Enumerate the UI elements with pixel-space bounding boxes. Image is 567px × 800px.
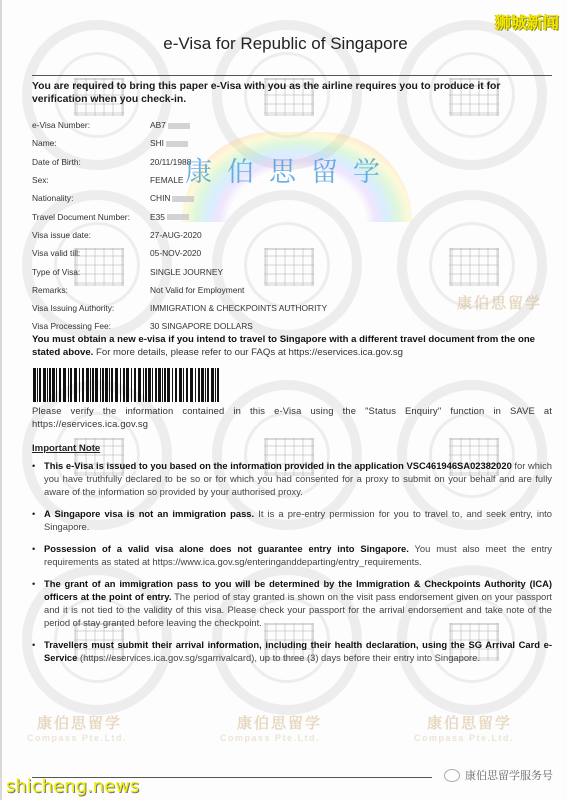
wechat-account-name: 康伯思留学服务号 (465, 767, 553, 783)
field-label: Visa valid till: (32, 248, 150, 258)
field-label: Date of Birth: (32, 157, 150, 167)
field-value-text: FEMALE (150, 175, 184, 185)
field-value: AB7 (150, 120, 372, 130)
source-tag-bottom: shicheng.news (6, 776, 139, 797)
field-label: Sex: (32, 175, 150, 185)
notice-text: For more details, please refer to our FA… (93, 347, 403, 358)
watermark-en: Compass Pte.Ltd. (27, 733, 127, 743)
watermark-cn: 康伯思留学 (237, 712, 322, 733)
important-note-title: Important Note (32, 443, 100, 454)
seal-watermark (397, 190, 547, 340)
field-label: Type of Visa: (32, 267, 150, 277)
field-label: Visa Issuing Authority: (32, 303, 150, 313)
document-title: e-Visa for Republic of Singapore (2, 34, 567, 54)
field-label: Remarks: (32, 285, 150, 295)
verify-text: Please verify the information contained … (32, 404, 552, 430)
evisa-document: 康伯思留学 康伯思留学 康伯思留学 康伯思留学 Compass Pte.Ltd.… (0, 0, 567, 800)
rainbow-watermark-text: 康伯思留学 (185, 150, 395, 189)
field-row: Travel Document Number:E35 (32, 207, 372, 225)
watermark-cn: 康伯思留学 (427, 712, 512, 733)
field-value-text: 30 SINGAPORE DOLLARS (150, 321, 253, 331)
important-notes: This e-Visa is issued to you based on th… (32, 459, 552, 673)
redaction-blur (172, 196, 194, 202)
visa-fields: e-Visa Number:AB7Name:SHIDate of Birth:2… (32, 116, 372, 336)
field-value-text: IMMIGRATION & CHECKPOINTS AUTHORITY (150, 303, 327, 313)
wechat-account: 康伯思留学服务号 (444, 767, 553, 783)
note-bold: This e-Visa is issued to you based on th… (44, 460, 512, 471)
field-value: 30 SINGAPORE DOLLARS (150, 321, 372, 331)
field-value: 05-NOV-2020 (150, 248, 372, 258)
note-text: (https://eservices.ica.gov.sg/sgarrivalc… (77, 652, 480, 663)
barcode (33, 368, 220, 402)
note-bold: Possession of a valid visa alone does no… (44, 543, 409, 554)
new-evisa-notice: You must obtain a new e-visa if you inte… (32, 333, 552, 359)
field-label: Nationality: (32, 193, 150, 203)
source-tag-top: 狮城新闻 (495, 10, 559, 33)
field-value: SINGLE JOURNEY (150, 267, 372, 277)
field-label: Visa Processing Fee: (32, 321, 150, 331)
field-value: Not Valid for Employment (150, 285, 372, 295)
watermark-cn: 康伯思留学 (37, 712, 122, 733)
field-row: Nationality:CHIN (32, 189, 372, 207)
field-row: Type of Visa:SINGLE JOURNEY (32, 262, 372, 280)
watermark-en: Compass Pte.Ltd. (220, 733, 320, 743)
field-value-text: SINGLE JOURNEY (150, 267, 223, 277)
field-row: Visa Issuing Authority:IMMIGRATION & CHE… (32, 299, 372, 317)
watermark-en: Compass Pte.Ltd. (414, 733, 514, 743)
important-note-item: Travellers must submit their arrival inf… (32, 638, 552, 664)
field-row: Visa valid till:05-NOV-2020 (32, 244, 372, 262)
field-row: Remarks:Not Valid for Employment (32, 281, 372, 299)
field-value-text: E35 (150, 212, 165, 222)
important-note-item: The grant of an immigration pass to you … (32, 577, 552, 629)
field-value: SHI (150, 138, 372, 148)
field-value-text: Not Valid for Employment (150, 285, 244, 295)
wechat-icon (444, 769, 460, 782)
field-row: Visa issue date:27-AUG-2020 (32, 226, 372, 244)
redaction-blur (166, 141, 188, 147)
field-value-text: AB7 (150, 120, 166, 130)
field-label: e-Visa Number: (32, 120, 150, 130)
field-value-text: SHI (150, 138, 164, 148)
field-value-text: 05-NOV-2020 (150, 248, 201, 258)
field-value-text: CHIN (150, 193, 170, 203)
intro-text: You are required to bring this paper e-V… (32, 80, 552, 106)
watermark-cn: 康伯思留学 (457, 292, 542, 313)
divider (32, 75, 552, 76)
field-value: 27-AUG-2020 (150, 230, 372, 240)
field-value: E35 (150, 212, 372, 222)
redaction-blur (168, 123, 190, 129)
field-value: CHIN (150, 193, 372, 203)
field-value-text: 27-AUG-2020 (150, 230, 202, 240)
field-row: e-Visa Number:AB7 (32, 116, 372, 134)
important-note-item: Possession of a valid visa alone does no… (32, 542, 552, 568)
important-note-item: This e-Visa is issued to you based on th… (32, 459, 552, 498)
field-label: Name: (32, 138, 150, 148)
field-value: IMMIGRATION & CHECKPOINTS AUTHORITY (150, 303, 372, 313)
field-label: Travel Document Number: (32, 212, 150, 222)
note-bold: A Singapore visa is not an immigration p… (44, 508, 254, 519)
redaction-blur (167, 214, 189, 220)
important-note-item: A Singapore visa is not an immigration p… (32, 507, 552, 533)
field-label: Visa issue date: (32, 230, 150, 240)
